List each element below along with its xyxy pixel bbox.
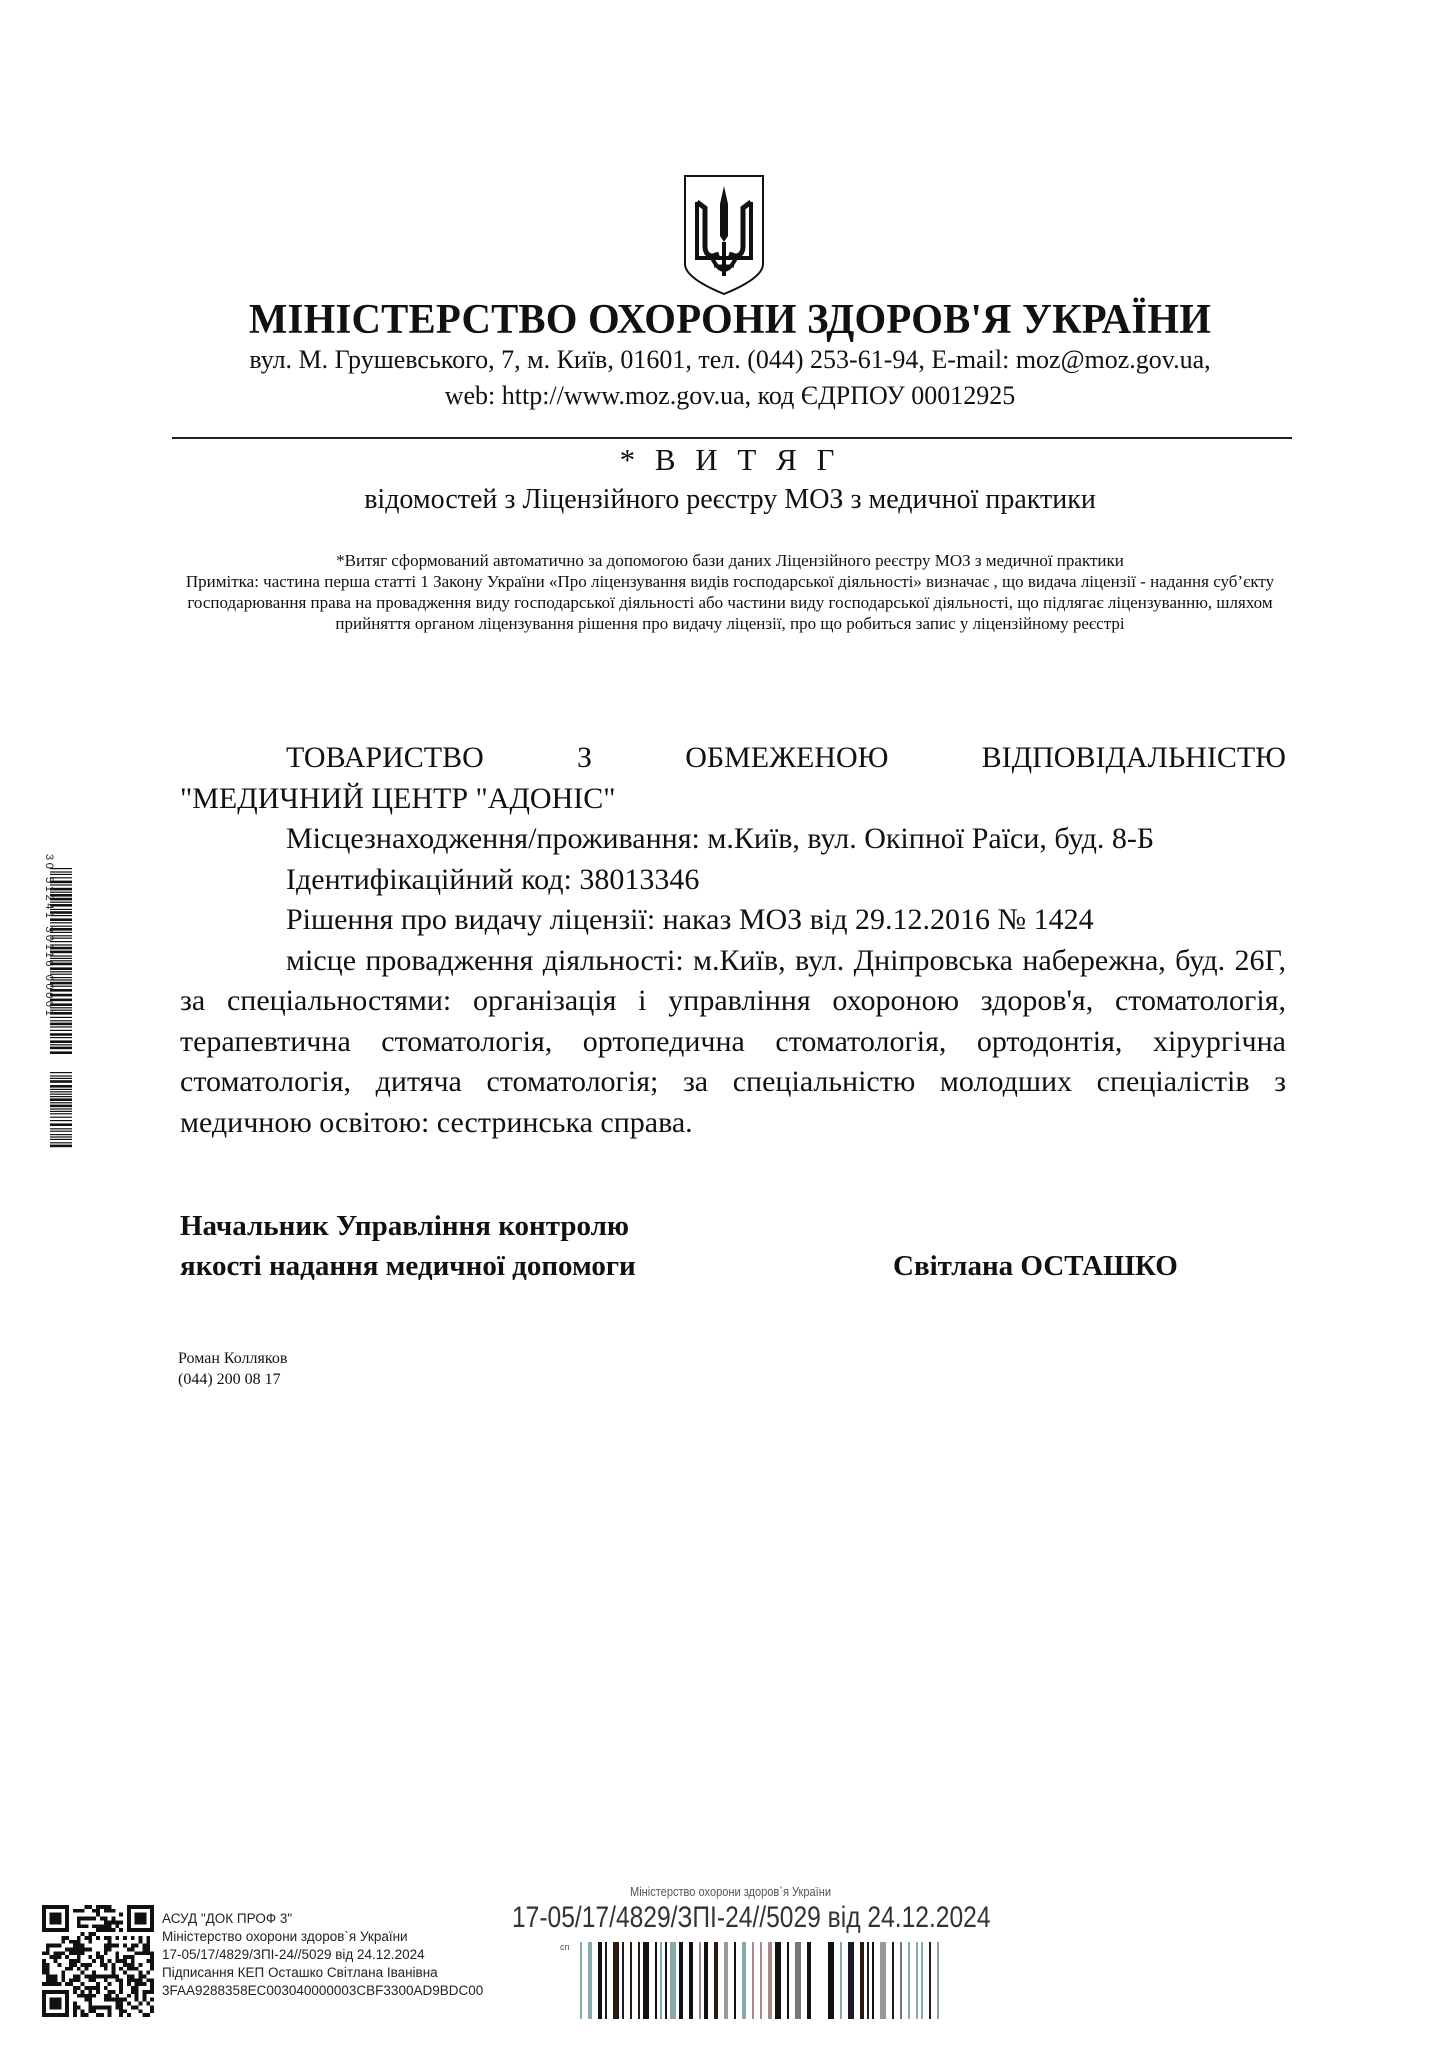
note-block: *Витяг сформований автоматично за допомо…: [160, 550, 1300, 634]
e-signature-stamp: АСУД "ДОК ПРОФ 3" Міністерство охорони з…: [162, 1910, 483, 2000]
ukraine-trident-icon: [683, 174, 765, 296]
note-text: Примітка: частина перша статті 1 Закону …: [180, 571, 1280, 634]
stamp-signer: Підписання КЕП Осташко Світлана Іванівна: [162, 1964, 483, 1982]
stamp-system: АСУД "ДОК ПРОФ 3": [162, 1910, 483, 1928]
signatory-position: Начальник Управління контролю якості над…: [180, 1206, 636, 1286]
signatory-name: Світлана ОСТАШКО: [893, 1246, 1178, 1286]
executor-name: Роман Колляков: [178, 1348, 287, 1369]
address-line: вул. М. Грушевського, 7, м. Київ, 01601,…: [160, 342, 1300, 378]
registration-stamp: Міністерство охорони здоров`я України 17…: [510, 1884, 950, 2034]
activity-place-specialties: місце провадження діяльності: м.Київ, ву…: [180, 941, 1286, 1144]
extract-title: * В И Т Я Г: [160, 442, 1300, 478]
note-generated-line: *Витяг сформований автоматично за допомо…: [180, 550, 1280, 571]
side-barcode-icon: 30 51241 30116 00001: [36, 850, 72, 1152]
licensee-location: Місцезнаходження/проживання: м.Київ, вул…: [180, 819, 1286, 860]
position-line: Начальник Управління контролю: [180, 1206, 636, 1246]
address-web-line: web: http://www.moz.gov.ua, код ЄДРПОУ 0…: [160, 378, 1300, 414]
barcode-mark: сп: [560, 1942, 569, 1952]
registration-number: 17-05/17/4829/ЗПІ-24//5029 від 24.12.202…: [512, 1901, 991, 1935]
license-details: ТОВАРИСТВО З ОБМЕЖЕНОЮ ВІДПОВІДАЛЬНІСТЮ …: [180, 738, 1286, 1143]
extract-subtitle: відомостей з Ліцензійного реєстру МОЗ з …: [160, 484, 1300, 516]
executor-contact: Роман Колляков (044) 200 08 17: [178, 1348, 287, 1390]
registration-barcode-icon: [580, 1942, 942, 2019]
licensee-name-line1: ТОВАРИСТВО З ОБМЕЖЕНОЮ ВІДПОВІДАЛЬНІСТЮ: [180, 738, 1286, 779]
registration-organization: Міністерство охорони здоров`я України: [630, 1884, 831, 1899]
position-line: якості надання медичної допомоги: [180, 1246, 636, 1286]
stamp-doc-number: 17-05/17/4829/ЗПІ-24//5029 від 24.12.202…: [162, 1946, 483, 1964]
ministry-title: МІНІСТЕРСТВО ОХОРОНИ ЗДОРОВ'Я УКРАЇНИ: [177, 296, 1283, 344]
qr-code-icon: [42, 1905, 154, 2017]
licensee-name-line2: "МЕДИЧНИЙ ЦЕНТР "АДОНІС": [180, 779, 1286, 820]
stamp-organization: Міністерство охорони здоров`я України: [162, 1928, 483, 1946]
license-decision: Рішення про видачу ліцензії: наказ МОЗ в…: [180, 900, 1286, 941]
svg-text:30 51241 30116 00001: 30 51241 30116 00001: [43, 854, 55, 1018]
executor-phone: (044) 200 08 17: [178, 1369, 287, 1390]
ministry-address: вул. М. Грушевського, 7, м. Київ, 01601,…: [160, 342, 1300, 414]
licensee-id-code: Ідентифікаційний код: 38013346: [180, 860, 1286, 901]
header-divider: [172, 437, 1292, 439]
stamp-certificate-id: 3FAA9288358EC003040000003CBF3300AD9BDC00: [162, 1982, 483, 2000]
